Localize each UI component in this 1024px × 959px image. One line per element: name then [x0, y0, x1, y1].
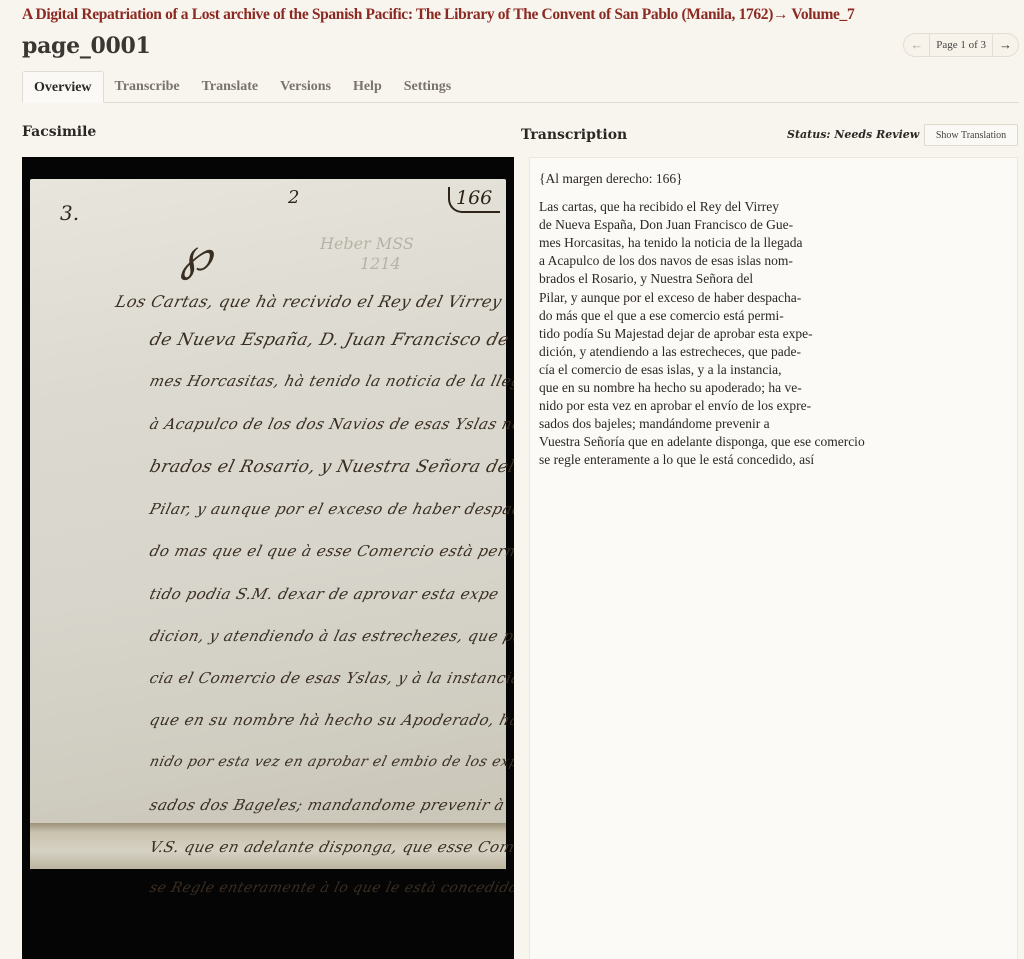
library-stamp-line1: Heber MSS [320, 234, 414, 253]
handwriting-line: tido podia S.M. dexar de aprovar esta ex… [28, 585, 508, 603]
tab-overview[interactable]: Overview [22, 71, 104, 103]
handwriting-line: mes Horcasitas, hà tenido la noticia de … [28, 372, 508, 390]
arrow-right-icon: → [999, 37, 1012, 53]
status-badge: Status: Needs Review [787, 128, 919, 141]
handwriting-line: dicion, y atendiendo à las estrechezes, … [28, 627, 508, 645]
breadcrumb-volume-link[interactable]: Volume_7 [791, 6, 854, 23]
transcription-line: tido podía Su Majestad dejar de aprobar … [539, 325, 1008, 343]
handwriting-line: V.S. que en adelante disponga, que esse … [28, 838, 508, 856]
tab-versions[interactable]: Versions [269, 71, 342, 102]
tab-help[interactable]: Help [342, 71, 393, 102]
handwriting-line: que en su nombre hà hecho su Apoderado, … [28, 711, 508, 729]
tab-bar: Overview Transcribe Translate Versions H… [22, 71, 1019, 103]
next-page-button[interactable]: → [992, 34, 1018, 56]
handwriting-line: cia el Comercio de esas Yslas, y à la in… [28, 669, 508, 687]
handwriting-line: Los Cartas, que hà recivido el Rey del V… [28, 292, 509, 311]
handwriting-line: de Nueva España, D. Juan Francisco de Gu… [28, 330, 509, 350]
transcription-line: mes Horcasitas, ha tenido la noticia de … [539, 234, 1008, 252]
handwriting-line: nido por esta vez en aprobar el embio de… [28, 754, 508, 770]
transcription-line: Pilar, y aunque por el exceso de haber d… [539, 289, 1008, 307]
handwriting-line: brados el Rosario, y Nuestra Señora del [28, 457, 509, 477]
handwriting-line: à Acapulco de los dos Navios de esas Ysl… [28, 415, 508, 433]
transcription-line: nido por esta vez en aprobar el envío de… [539, 397, 1008, 415]
transcription-line: se regle enteramente a lo que le está co… [539, 451, 1008, 469]
tab-translate[interactable]: Translate [191, 71, 270, 102]
breadcrumb-collection-link[interactable]: A Digital Repatriation of a Lost archive… [22, 6, 773, 23]
transcription-line: Vuestra Señoría que en adelante disponga… [539, 433, 1008, 451]
paragraph-mark-icon: ℘ [180, 227, 212, 281]
handwriting-line: do mas que el que à esse Comercio està p… [28, 542, 508, 560]
folio-number-right: 166 [448, 187, 500, 213]
handwriting-line: Pilar, y aunque por el exceso de haber d… [28, 500, 508, 518]
page-pager: ← Page 1 of 3 → [903, 33, 1019, 57]
folio-number-left: 3. [60, 201, 79, 225]
breadcrumb-separator-icon: → [773, 6, 788, 23]
show-translation-button[interactable]: Show Translation [924, 124, 1018, 146]
page-title: page_0001 [22, 33, 151, 59]
transcription-line: sados dos bajeles; mandándome prevenir a [539, 415, 1008, 433]
page-indicator: Page 1 of 3 [930, 34, 992, 56]
previous-page-button[interactable]: ← [904, 34, 930, 56]
handwriting-line: sados dos Bageles; mandandome prevenir à [28, 796, 508, 814]
facsimile-heading: Facsimile [22, 124, 96, 140]
facsimile-image[interactable]: 3. 2 166 Heber MSS 1214 ℘ Los Cartas, qu… [22, 157, 514, 959]
folio-number-center: 2 [288, 187, 299, 208]
transcription-panel: {Al margen derecho: 166} Las cartas, que… [529, 157, 1018, 959]
transcription-line: dición, y atendiendo a las estrecheces, … [539, 343, 1008, 361]
manuscript-page: 3. 2 166 Heber MSS 1214 ℘ Los Cartas, qu… [30, 179, 506, 869]
transcription-line: de Nueva España, Don Juan Francisco de G… [539, 216, 1008, 234]
tab-settings[interactable]: Settings [393, 71, 462, 102]
transcription-line: Las cartas, que ha recibido el Rey del V… [539, 198, 1008, 216]
arrow-left-icon: ← [910, 37, 923, 53]
transcription-line: que en su nombre ha hecho su apoderado; … [539, 379, 1008, 397]
transcription-line: brados el Rosario, y Nuestra Señora del [539, 270, 1008, 288]
breadcrumb: A Digital Repatriation of a Lost archive… [22, 6, 854, 24]
tab-transcribe[interactable]: Transcribe [104, 71, 191, 102]
library-stamp-line2: 1214 [360, 254, 401, 273]
margin-note: {Al margen derecho: 166} [539, 170, 1008, 188]
handwriting-line: se Regle enteramente à lo que le està co… [28, 880, 508, 896]
transcription-line: cía el comercio de esas islas, y a la in… [539, 361, 1008, 379]
transcription-heading: Transcription [521, 127, 627, 143]
transcription-line: do más que el que a ese comercio está pe… [539, 307, 1008, 325]
transcription-line: a Acapulco de los dos navos de esas isla… [539, 252, 1008, 270]
